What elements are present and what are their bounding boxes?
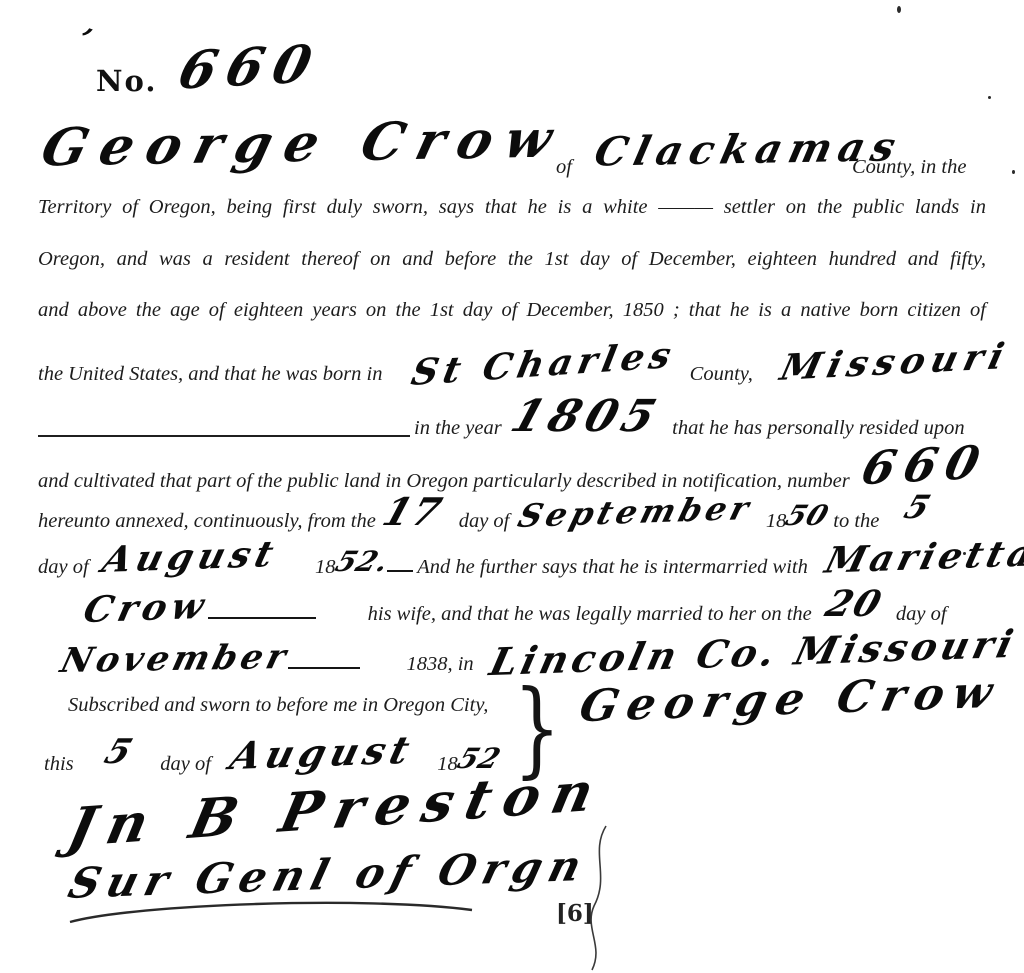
notification-number-entry: 660: [857, 439, 992, 491]
sworn-month-entry: August: [226, 731, 418, 775]
to-date-row: day of August 18 52. And he further says…: [38, 543, 1024, 579]
form-number-label: No.: [96, 64, 157, 98]
birth-year-entry: 1805: [505, 395, 666, 439]
official-title: Sur Genl of Orgn: [64, 845, 592, 905]
scan-speck: [988, 96, 991, 99]
from-date-row: hereunto annexed, continuously, from the…: [38, 495, 927, 533]
to-year-entry: 52.: [331, 548, 393, 576]
of-label: of: [556, 156, 572, 179]
signature-flourish: [66, 898, 478, 928]
to-day-entry: 5: [901, 491, 936, 523]
to-month-entry: August: [98, 536, 281, 578]
birthplace-row: the United States, and that he was born …: [38, 350, 1006, 386]
official-signature: Jn B Preston: [64, 764, 611, 855]
birth-state-entry: Missouri: [777, 338, 1013, 386]
born-in-label: the United States, and that he was born …: [38, 363, 383, 386]
birth-county-entry: St Charles: [408, 337, 678, 391]
affiant-name-entry: George Crow: [36, 113, 570, 174]
paragraph-line-1: Territory of Oregon, being first duly sw…: [38, 196, 986, 219]
county-suffix-label: County, in the: [852, 156, 966, 179]
marriage-year-label: 1838, in: [406, 653, 473, 676]
crease-mark: [580, 824, 620, 972]
from-year-entry: 50: [782, 502, 833, 530]
ink-tick-mark: ’: [72, 25, 98, 58]
scan-speck: [897, 6, 901, 13]
form-number-row: No. 660: [96, 48, 318, 100]
day-of-label-3: day of: [896, 603, 947, 626]
form-number-value: 660: [174, 38, 327, 97]
year-label: in the year: [414, 417, 502, 440]
spouse-first-name-entry: Marietta: [822, 535, 1024, 578]
intermarried-label: And he further says that he is intermarr…: [417, 556, 808, 579]
marriage-day-entry: 20: [821, 586, 887, 622]
pen-flourish: [288, 665, 360, 669]
brace-mark: }: [513, 684, 561, 772]
day-of-label-1: day of: [459, 510, 510, 533]
sworn-statement-label: Subscribed and sworn to before me in Ore…: [68, 694, 488, 717]
blank-rule: [38, 433, 410, 437]
paragraph-line-2: Oregon, and was a resident thereof on an…: [38, 248, 986, 271]
pen-flourish: [208, 615, 316, 619]
day-of-label-4: day of: [160, 753, 211, 776]
wife-label: his wife, and that he was legally marrie…: [368, 603, 812, 626]
sworn-day-entry: 5: [100, 735, 137, 769]
spouse-last-name-entry: Crow: [80, 588, 212, 628]
from-day-entry: 17: [378, 493, 447, 531]
day-of-label-2: day of: [38, 556, 89, 579]
scan-speck: [963, 552, 966, 555]
birth-year-row: in the year 1805 that he has personally …: [38, 398, 965, 442]
to-the-label: to the: [833, 510, 879, 533]
marriage-month-entry: November: [57, 640, 293, 678]
scan-speck: [1012, 170, 1015, 174]
pen-dash: [387, 568, 413, 572]
annexed-label: hereunto annexed, continuously, from the: [38, 510, 376, 533]
marriage-row: Crow his wife, and that he was legally m…: [85, 590, 947, 626]
affiant-signature: George Crow: [576, 671, 1005, 730]
resided-label: that he has personally resided upon: [672, 417, 964, 440]
this-label: this: [44, 753, 74, 776]
paragraph-line-3: and above the age of eighteen years on t…: [38, 299, 986, 322]
notification-row: and cultivated that part of the public l…: [38, 448, 985, 494]
birth-county-suffix: County,: [690, 363, 753, 386]
affidavit-document: ’ No. 660 George Crow of Clackamas Count…: [0, 0, 1024, 973]
from-month-entry: September: [515, 492, 756, 532]
